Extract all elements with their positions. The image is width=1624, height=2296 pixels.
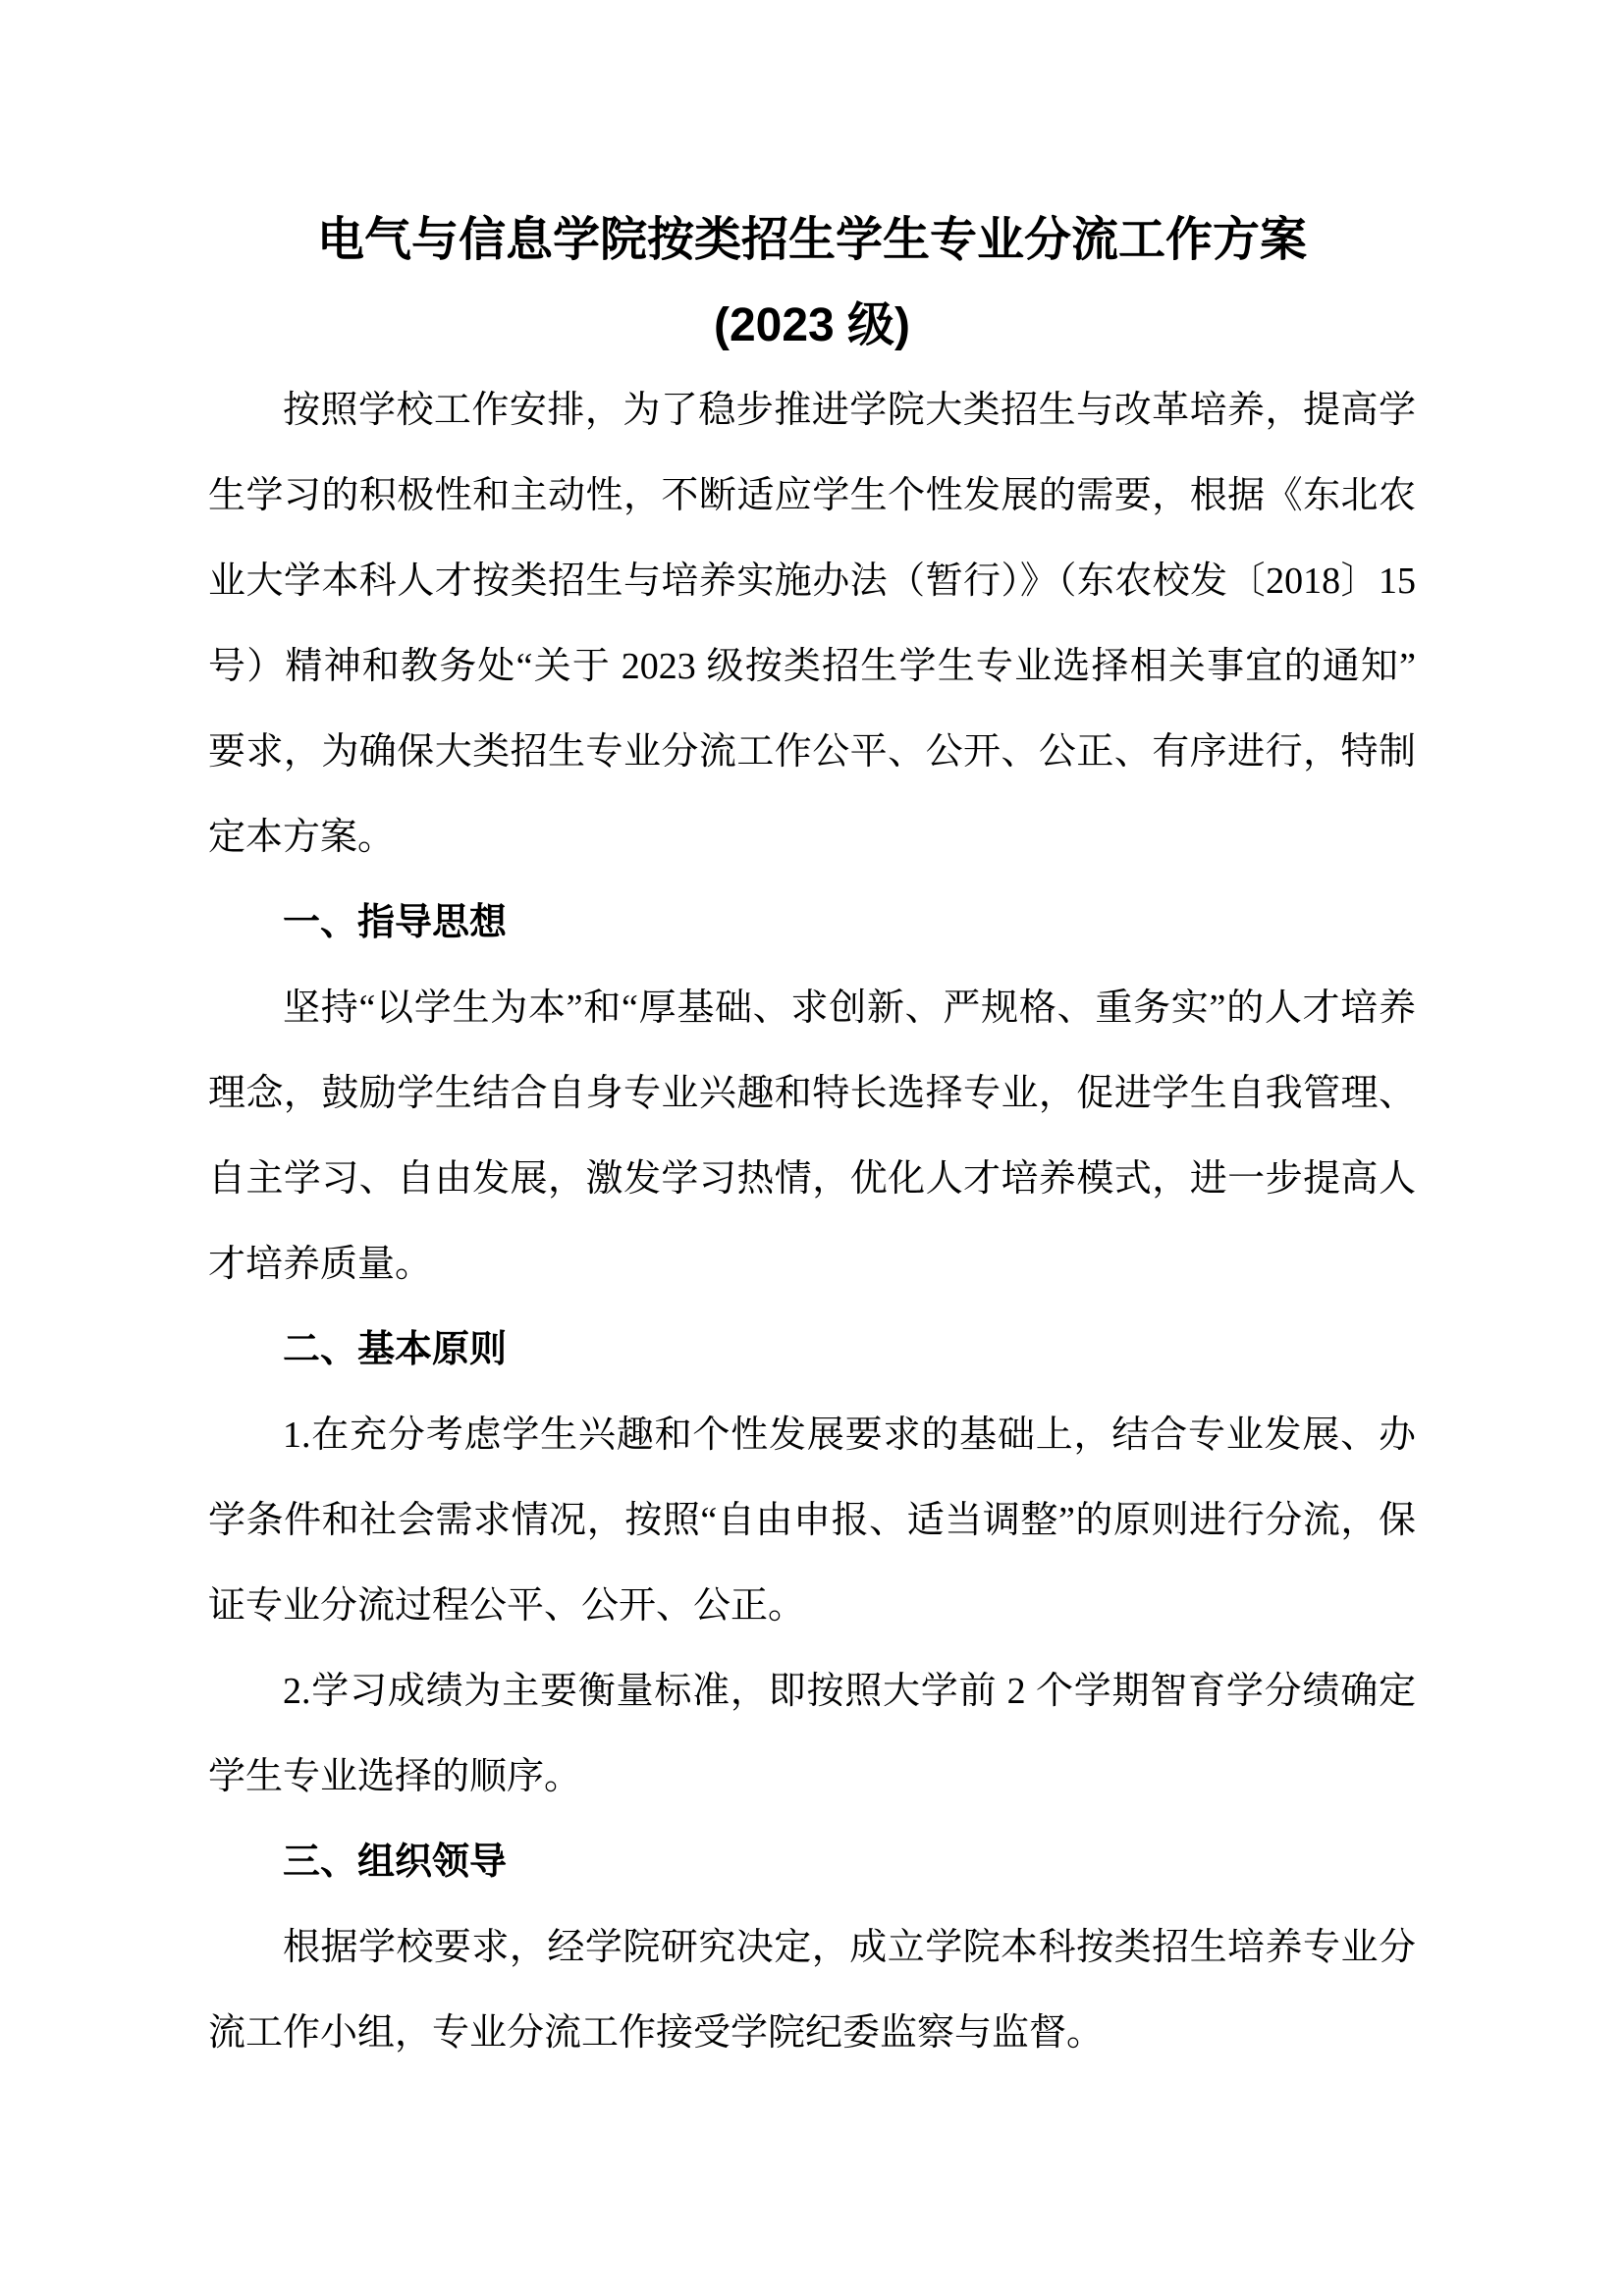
- section-heading-guiding-ideology: 一、指导思想: [208, 881, 1416, 966]
- paragraph-guiding-ideology: 坚持“以学生为本”和“厚基础、求创新、严规格、重务实”的人才培养理念，鼓励学生结…: [208, 966, 1416, 1308]
- paragraph-principle-2: 2.学习成绩为主要衡量标准，即按照大学前 2 个学期智育学分绩确定学生专业选择的…: [208, 1649, 1416, 1820]
- document-title-line1: 电气与信息学院按类招生学生专业分流工作方案: [208, 197, 1416, 283]
- document-page: 电气与信息学院按类招生学生专业分流工作方案 (2023 级) 按照学校工作安排，…: [0, 0, 1624, 2296]
- paragraph-organization-leadership: 根据学校要求，经学院研究决定，成立学院本科按类招生培养专业分流工作小组，专业分流…: [208, 1905, 1416, 2076]
- section-heading-basic-principles: 二、基本原则: [208, 1308, 1416, 1393]
- document-title-line2: (2023 级): [208, 283, 1416, 368]
- paragraph-intro: 按照学校工作安排，为了稳步推进学院大类招生与改革培养，提高学生学习的积极性和主动…: [208, 368, 1416, 881]
- paragraph-principle-1: 1.在充分考虑学生兴趣和个性发展要求的基础上，结合专业发展、办学条件和社会需求情…: [208, 1393, 1416, 1649]
- section-heading-organization-leadership: 三、组织领导: [208, 1820, 1416, 1905]
- document-title: 电气与信息学院按类招生学生专业分流工作方案 (2023 级): [208, 197, 1416, 368]
- document-body: 按照学校工作安排，为了稳步推进学院大类招生与改革培养，提高学生学习的积极性和主动…: [208, 368, 1416, 2076]
